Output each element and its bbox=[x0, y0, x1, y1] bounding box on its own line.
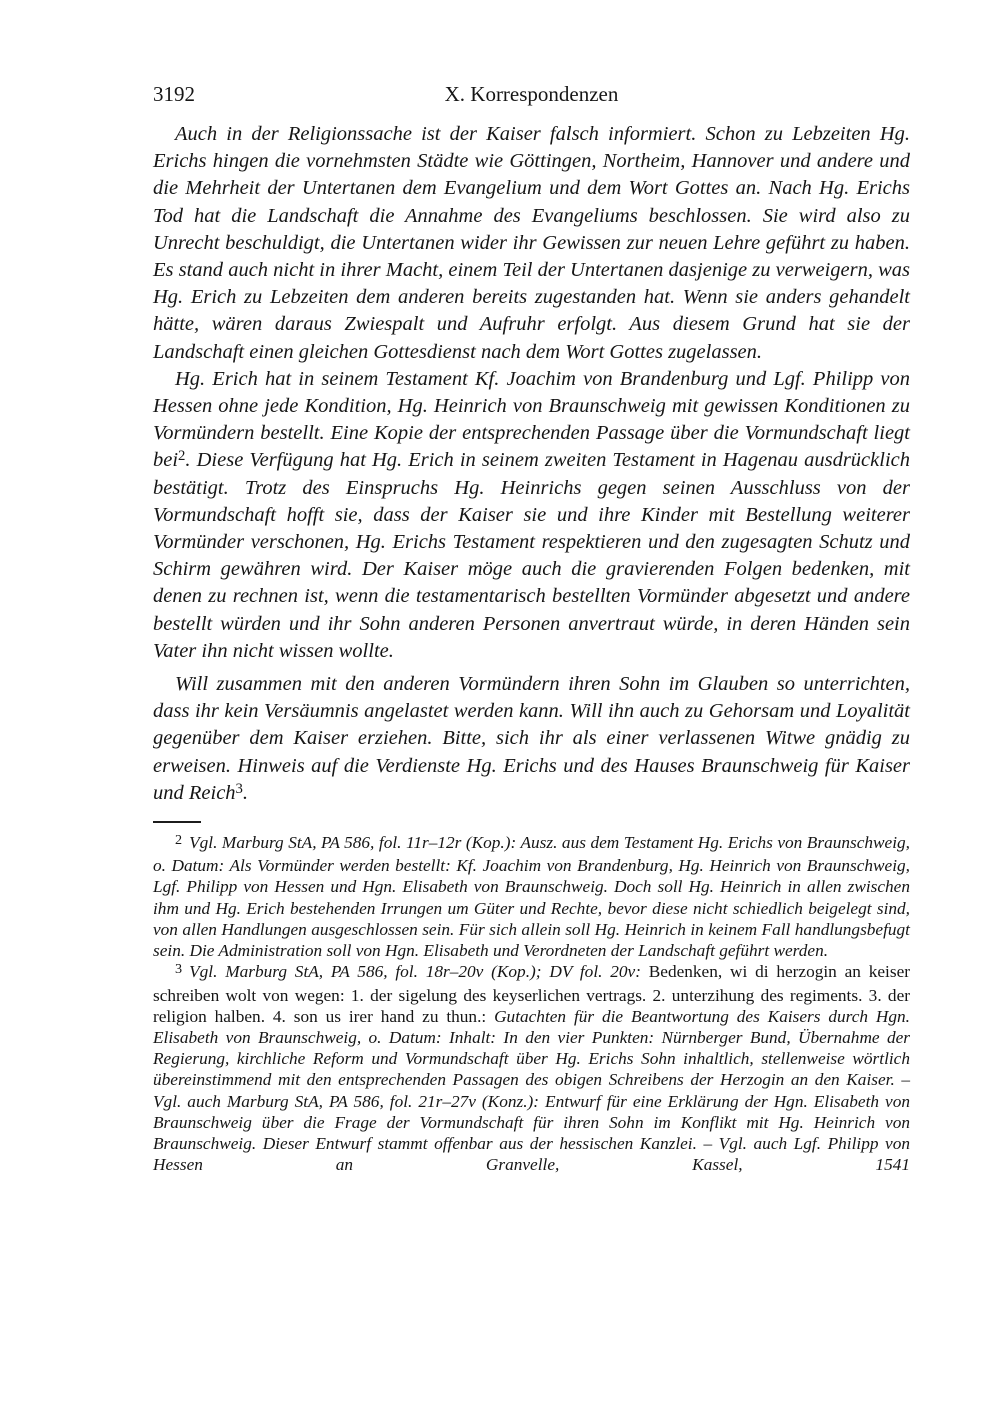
paragraph-erziehung-text-after: . bbox=[243, 782, 248, 804]
paragraph-erziehung-text-before: Will zusammen mit den anderen Vormündern… bbox=[153, 673, 910, 804]
footnote-3: 3Vgl. Marburg StA, PA 586, fol. 18r–20v … bbox=[153, 961, 910, 1175]
paragraph-erziehung: Will zusammen mit den anderen Vormündern… bbox=[153, 671, 910, 807]
paragraph-testament: Hg. Erich hat in seinem Testament Kf. Jo… bbox=[153, 366, 910, 665]
footnote-ref-3: 3 bbox=[236, 781, 243, 797]
footnote-3-citation: Vgl. Marburg StA, PA 586, fol. 18r–20v (… bbox=[189, 962, 649, 981]
paragraph-testament-text-after: . Diese Verfügung hat Hg. Erich in seine… bbox=[153, 449, 910, 661]
footnote-2-marker: 2 bbox=[175, 832, 182, 848]
main-text: Auch in der Religionssache ist der Kaise… bbox=[153, 121, 910, 807]
paragraph-religion: Auch in der Religionssache ist der Kaise… bbox=[153, 121, 910, 366]
footnote-2: 2Vgl. Marburg StA, PA 586, fol. 11r–12r … bbox=[153, 832, 910, 961]
text-block: 3192 X. Korrespondenzen Auch in der Reli… bbox=[153, 82, 910, 1175]
book-page: 3192 X. Korrespondenzen Auch in der Reli… bbox=[0, 0, 1004, 1418]
footnote-3-marker: 3 bbox=[175, 961, 182, 977]
running-header: 3192 X. Korrespondenzen bbox=[153, 82, 910, 106]
page-number: 3192 bbox=[153, 82, 195, 106]
section-title: X. Korrespondenzen bbox=[153, 82, 910, 106]
footnotes-section: 2Vgl. Marburg StA, PA 586, fol. 11r–12r … bbox=[153, 832, 910, 1175]
footnote-2-text: Vgl. Marburg StA, PA 586, fol. 11r–12r (… bbox=[153, 833, 910, 960]
paragraph-religion-text: Auch in der Religionssache ist der Kaise… bbox=[153, 123, 910, 363]
footnote-separator-rule bbox=[153, 821, 201, 823]
footnote-3-summary: Gutachten für die Beantwortung des Kaise… bbox=[153, 1007, 910, 1174]
